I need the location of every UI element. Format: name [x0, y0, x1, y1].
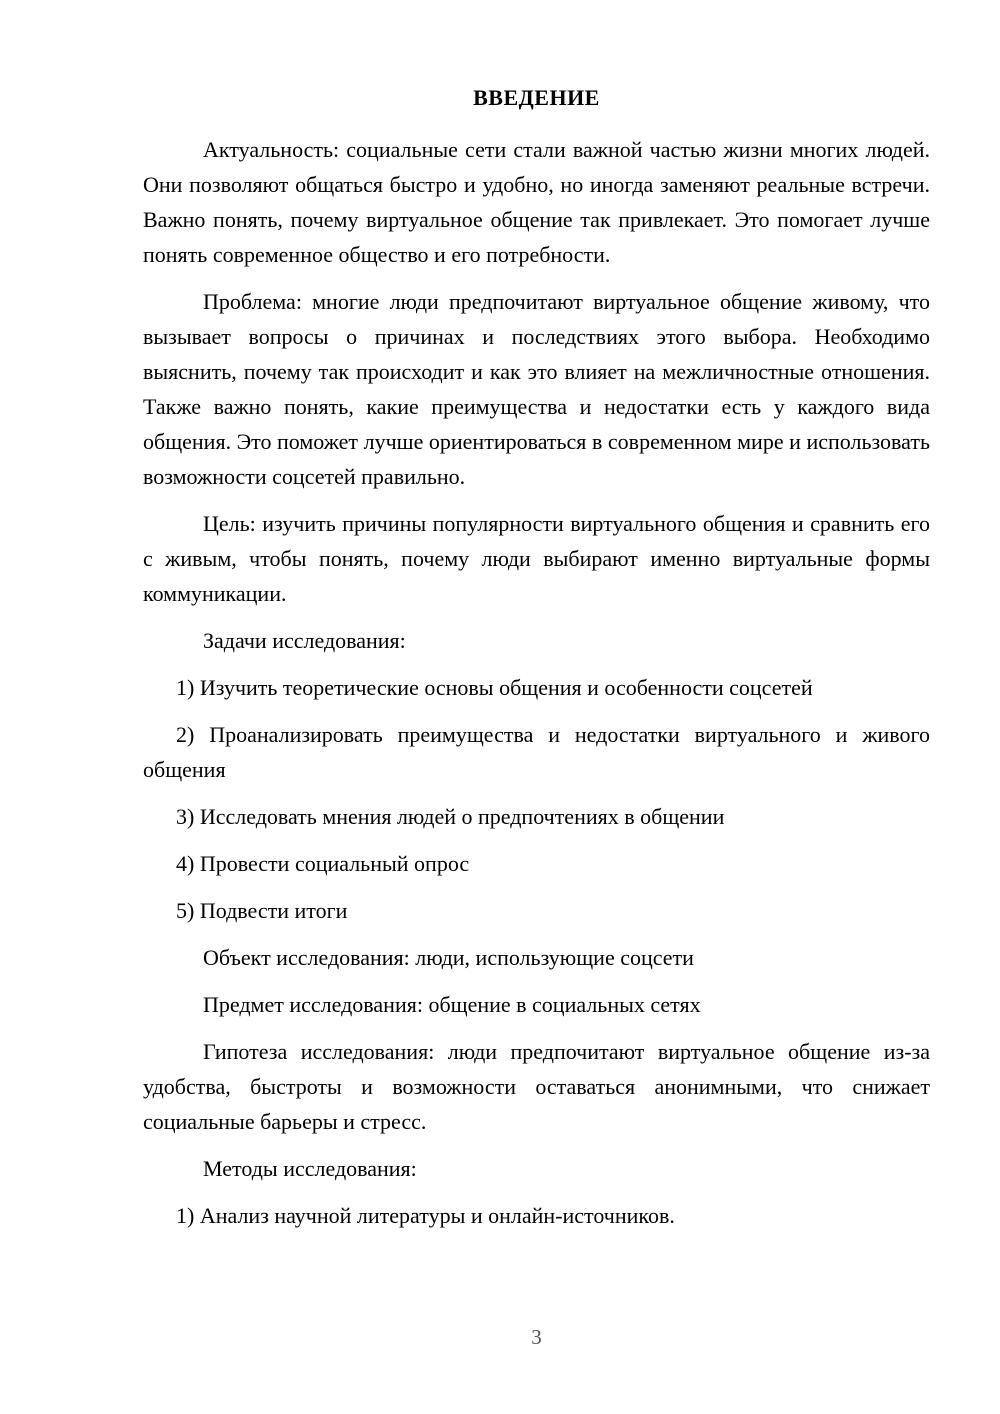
- paragraph-subject: Предмет исследования: общение в социальн…: [143, 987, 930, 1022]
- task-item-2: 2) Проанализировать преимущества и недос…: [143, 717, 930, 787]
- page-number: 3: [143, 1322, 930, 1352]
- paragraph-object: Объект исследования: люди, использующие …: [143, 940, 930, 975]
- paragraph-problem: Проблема: многие люди предпочитают вирту…: [143, 284, 930, 494]
- task-item-3: 3) Исследовать мнения людей о предпочтен…: [143, 799, 930, 834]
- document-page: ВВЕДЕНИЕ Актуальность: социальные сети с…: [0, 0, 1000, 1414]
- paragraph-methods-heading: Методы исследования:: [143, 1151, 930, 1186]
- paragraph-goal: Цель: изучить причины популярности вирту…: [143, 506, 930, 611]
- paragraph-tasks-heading: Задачи исследования:: [143, 623, 930, 658]
- method-item-1: 1) Анализ научной литературы и онлайн-ис…: [143, 1198, 930, 1233]
- task-item-5: 5) Подвести итоги: [143, 893, 930, 928]
- paragraph-relevance: Актуальность: социальные сети стали важн…: [143, 132, 930, 272]
- task-item-1: 1) Изучить теоретические основы общения …: [143, 670, 930, 705]
- task-item-4: 4) Провести социальный опрос: [143, 846, 930, 881]
- page-title: ВВЕДЕНИЕ: [143, 80, 930, 115]
- paragraph-hypothesis: Гипотеза исследования: люди предпочитают…: [143, 1034, 930, 1139]
- document-content: ВВЕДЕНИЕ Актуальность: социальные сети с…: [0, 0, 1000, 1233]
